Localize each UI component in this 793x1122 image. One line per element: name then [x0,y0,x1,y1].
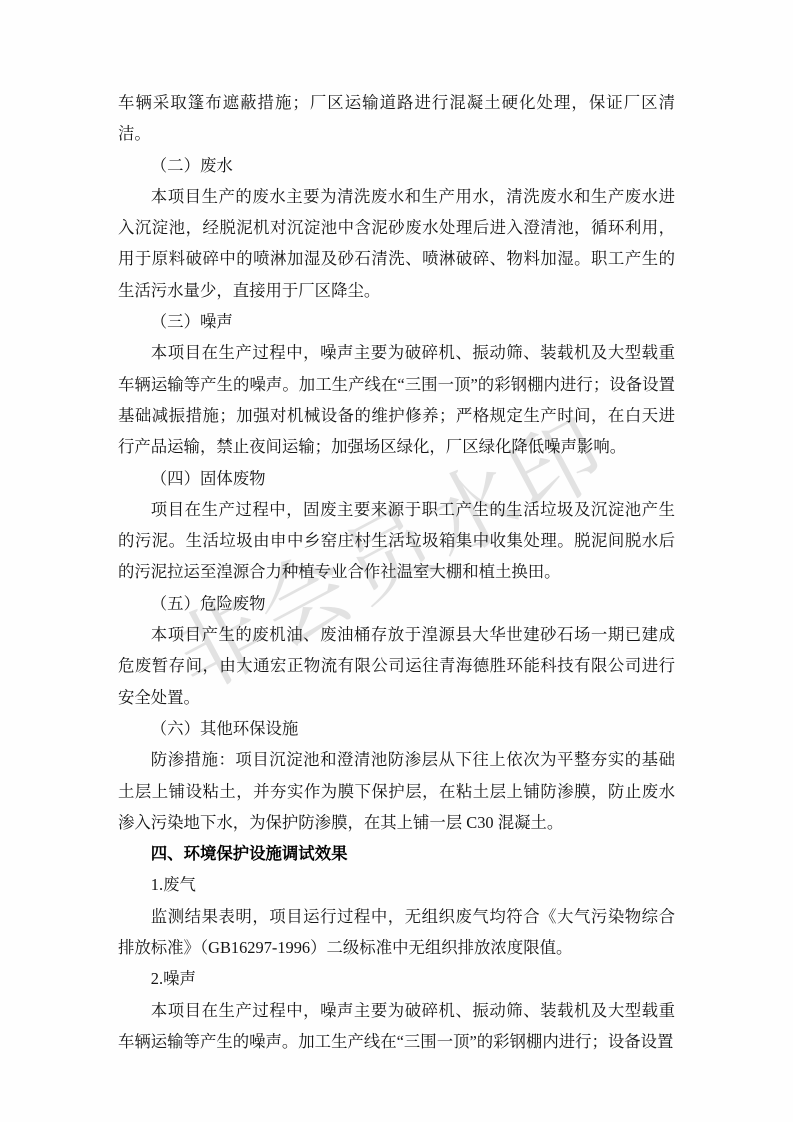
paragraph-13-numbered-item: 1.废气 [118,869,675,900]
paragraph-12-section-heading: 四、环境保护设施调试效果 [118,838,675,869]
paragraph-5-body: 本项目在生产过程中，噪声主要为破碎机、振动筛、装载机及大型载重车辆运输等产生的噪… [118,337,675,462]
paragraph-10-sub-heading: （六）其他环保设施 [118,713,675,744]
paragraph-16-body-cut-by-page-break: 本项目在生产过程中，噪声主要为破碎机、振动筛、装载机及大型载重车辆运输等产生的噪… [118,995,675,1058]
paragraph-2-sub-heading: （二）废水 [118,150,675,181]
paragraph-7-body: 项目在生产过程中，固废主要来源于职工产生的生活垃圾及沉淀池产生的污泥。生活垃圾由… [118,494,675,588]
paragraph-14-body: 监测结果表明，项目运行过程中，无组织废气均符合《大气污染物综合排放标准》（GB1… [118,901,675,964]
document-page: 非会员水印 车辆采取篷布遮蔽措施；厂区运输道路进行混凝土硬化处理，保证厂区清洁。… [0,0,793,1122]
document-body: 车辆采取篷布遮蔽措施；厂区运输道路进行混凝土硬化处理，保证厂区清洁。（二）废水本… [118,87,675,1057]
paragraph-9-body: 本项目产生的废机油、废油桶存放于湟源县大华世建砂石场一期已建成危废暂存间，由大通… [118,619,675,713]
paragraph-8-sub-heading: （五）危险废物 [118,588,675,619]
paragraph-6-sub-heading: （四）固体废物 [118,463,675,494]
paragraph-4-sub-heading: （三）噪声 [118,306,675,337]
paragraph-3-body: 本项目生产的废水主要为清洗废水和生产用水，清洗废水和生产废水进入沉淀池，经脱泥机… [118,181,675,306]
paragraph-15-numbered-item: 2.噪声 [118,963,675,994]
paragraph-1-continuation-body: 车辆采取篷布遮蔽措施；厂区运输道路进行混凝土硬化处理，保证厂区清洁。 [118,87,675,150]
paragraph-11-body: 防渗措施：项目沉淀池和澄清池防渗层从下往上依次为平整夯实的基础土层上铺设粘土，并… [118,744,675,838]
